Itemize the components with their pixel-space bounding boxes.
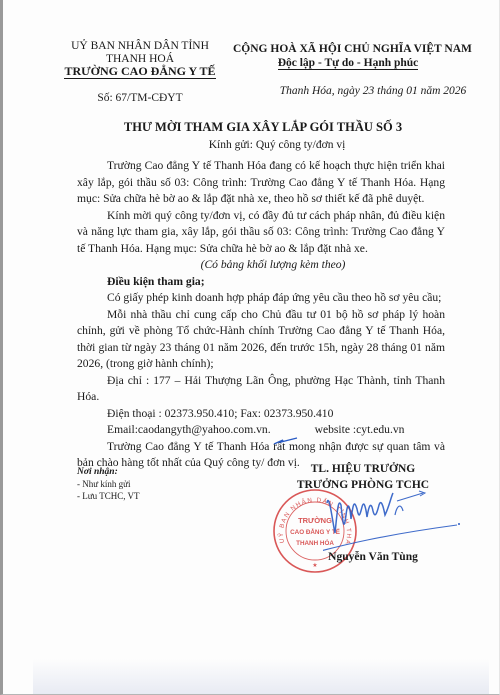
handwritten-signature-icon <box>323 485 463 555</box>
conditions-heading: Điều kiện tham gia; <box>77 274 445 291</box>
greeting: Kính gửi: Quý công ty/đơn vị <box>63 139 463 151</box>
signer-name: Nguyễn Văn Tùng <box>303 551 443 563</box>
document-number: Số: 67/TM-CĐYT <box>65 92 215 104</box>
school-name-text: TRƯỜNG CAO ĐẲNG Y TẾ <box>64 64 215 79</box>
contact-row: Email:caodangyth@yahoo.com.vn.website :c… <box>77 422 445 439</box>
signature-line-1: TL. HIỆU TRƯỞNG <box>283 462 443 478</box>
recipient-item: - Lưu TCHC, VT <box>77 490 227 502</box>
recipient-item: - Như kính gửi <box>77 478 227 490</box>
website-text: website :cyt.edu.vn <box>315 423 405 436</box>
attachment-note: (Có bảng khối lượng kèm theo) <box>77 257 445 274</box>
document-body: Trường Cao đẳng Y tế Thanh Hóa đang có k… <box>77 158 445 472</box>
place-and-date: Thanh Hóa, ngày 23 tháng 01 năm 2026 <box>263 85 483 97</box>
invitation-paragraph: Kính mời quý công ty/đơn vị, có đầy đủ t… <box>77 208 445 258</box>
phone-fax: Điện thoại : 02373.950.410; Fax: 02373.9… <box>77 406 445 423</box>
pen-mark-icon <box>273 437 299 445</box>
condition-submission: Mỗi nhà thầu chỉ cung cấp cho Chủ đầu tư… <box>77 307 445 373</box>
national-motto: Độc lập - Tự do - Hạnh phúc <box>233 56 463 70</box>
national-header-block: CỘNG HOÀ XÃ HỘI CHỦ NGHĨA VIỆT NAM Độc l… <box>233 42 463 70</box>
address-paragraph: Địa chỉ : 177 – Hải Thượng Lãn Ông, phườ… <box>77 373 445 406</box>
issuing-authority-block: UỶ BAN NHÂN DÂN TỈNH THANH HOÁ TRƯỜNG CA… <box>65 40 215 78</box>
email-text: Email:caodangyth@yahoo.com.vn. <box>107 423 271 436</box>
nation-title: CỘNG HOÀ XÃ HỘI CHỦ NGHĨA VIỆT NAM <box>233 42 463 56</box>
document-title: THƯ MỜI THAM GIA XÂY LẮP GÓI THẦU SỐ 3 <box>63 120 463 135</box>
document-page: UỶ BAN NHÂN DÂN TỈNH THANH HOÁ TRƯỜNG CA… <box>0 0 500 695</box>
recipients-block: Nơi nhận: - Như kính gửi - Lưu TCHC, VT <box>77 466 227 502</box>
school-name: TRƯỜNG CAO ĐẲNG Y TẾ <box>55 65 225 78</box>
svg-text:★: ★ <box>312 562 317 569</box>
intro-paragraph: Trường Cao đẳng Y tế Thanh Hóa đang có k… <box>77 158 445 208</box>
recipients-heading: Nơi nhận: <box>77 466 227 478</box>
condition-license: Có giấy phép kinh doanh hợp pháp đáp ứng… <box>77 290 445 307</box>
motto-text: Độc lập - Tự do - Hạnh phúc <box>278 57 419 70</box>
authority-line-1: UỶ BAN NHÂN DÂN TỈNH <box>65 40 215 53</box>
scan-shadow <box>33 659 489 694</box>
